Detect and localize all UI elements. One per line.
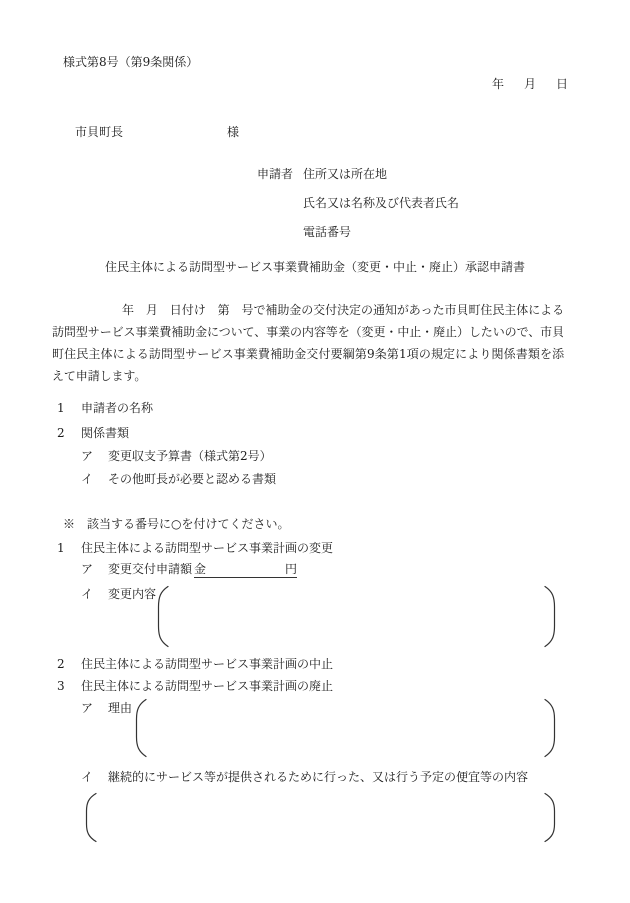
form-page: 様式第8号（第9条関係） 年 月 日 市貝町長 様 申請者 住所又は所在地 氏名… [0, 0, 630, 903]
bracket-left-icon [155, 585, 171, 648]
list-item-number: 1 [57, 401, 81, 415]
form-number: 様式第8号（第9条関係） [63, 55, 198, 69]
section-heading-change: 1 住民主体による訪問型サービス事業計画の変更 [57, 541, 333, 555]
document-title: 住民主体による訪問型サービス事業費補助金（変更・中止・廃止）承認申請書 [0, 260, 630, 274]
body-paragraph: 年 月 日付け 第 号で補助金の交付決定の通知があった市貝町住民主体による訪問型… [52, 299, 564, 387]
section-heading-suspension: 2 住民主体による訪問型サービス事業計画の中止 [57, 657, 333, 671]
abolition-reason-label: 理由 [108, 701, 132, 715]
section-title: 住民主体による訪問型サービス事業計画の廃止 [81, 679, 333, 693]
list-item-number: 2 [57, 426, 81, 440]
applicant-fields: 住所又は所在地 氏名又は名称及び代表者氏名 電話番号 [303, 167, 459, 239]
list-subitem-number: イ [81, 472, 108, 486]
currency-suffix: 円 [285, 562, 297, 576]
section-number: 1 [57, 541, 81, 555]
change-content-kana: イ [81, 587, 108, 601]
applicant-label: 申請者 [257, 167, 293, 181]
list-subitem-text: 変更収支予算書（様式第2号） [108, 449, 272, 463]
currency-prefix: 金 [194, 562, 206, 576]
change-content-label: 変更内容 [108, 587, 156, 601]
bracket-right-icon [542, 792, 558, 843]
section-number: 2 [57, 657, 81, 671]
addressee-honorific: 様 [227, 125, 239, 139]
bracket-right-icon [542, 698, 558, 758]
list-subitem-text: その他町長が必要と認める書類 [108, 472, 276, 486]
list-item-text: 関係書類 [81, 426, 129, 440]
list-subitem-number: ア [81, 449, 108, 463]
list-item: 2 関係書類 [57, 426, 129, 440]
change-content-fill-area [171, 585, 542, 648]
change-amount-kana: ア [81, 562, 108, 578]
abolition-content-row: イ 継続的にサービス等が提供されるために行った、又は行う予定の便宜等の内容 [81, 770, 528, 784]
bracket-left-icon [83, 792, 99, 843]
applicant-field-phone: 電話番号 [303, 225, 459, 239]
change-amount-row: ア 変更交付申請額 金 円 [81, 562, 297, 578]
abolition-content-label: 継続的にサービス等が提供されるために行った、又は行う予定の便宜等の内容 [108, 770, 528, 784]
abolition-content-fill-area [99, 792, 542, 843]
list-item-text: 申請者の名称 [81, 401, 153, 415]
amount-fill-line: 金 円 [194, 562, 297, 578]
list-item: 1 申請者の名称 [57, 401, 153, 415]
change-amount-label: 変更交付申請額 [108, 562, 192, 578]
addressee: 市貝町長 [75, 125, 123, 139]
list-subitem: イ その他町長が必要と認める書類 [81, 472, 276, 486]
section-title: 住民主体による訪問型サービス事業計画の変更 [81, 541, 333, 555]
date-line: 年 月 日 [492, 77, 572, 91]
section-title: 住民主体による訪問型サービス事業計画の中止 [81, 657, 333, 671]
circle-instruction-note: ※ 該当する番号に○を付けてください。 [63, 517, 289, 531]
section-heading-abolition: 3 住民主体による訪問型サービス事業計画の廃止 [57, 679, 333, 693]
list-subitem: ア 変更収支予算書（様式第2号） [81, 449, 272, 463]
change-content-row: イ 変更内容 [81, 587, 156, 601]
abolition-content-kana: イ [81, 770, 108, 784]
applicant-field-address: 住所又は所在地 [303, 167, 459, 181]
bracket-right-icon [542, 585, 558, 648]
abolition-reason-row: ア 理由 [81, 701, 132, 715]
applicant-field-name: 氏名又は名称及び代表者氏名 [303, 196, 459, 210]
abolition-reason-fill-area [149, 698, 542, 758]
section-number: 3 [57, 679, 81, 693]
bracket-left-icon [133, 698, 149, 758]
abolition-reason-kana: ア [81, 701, 108, 715]
